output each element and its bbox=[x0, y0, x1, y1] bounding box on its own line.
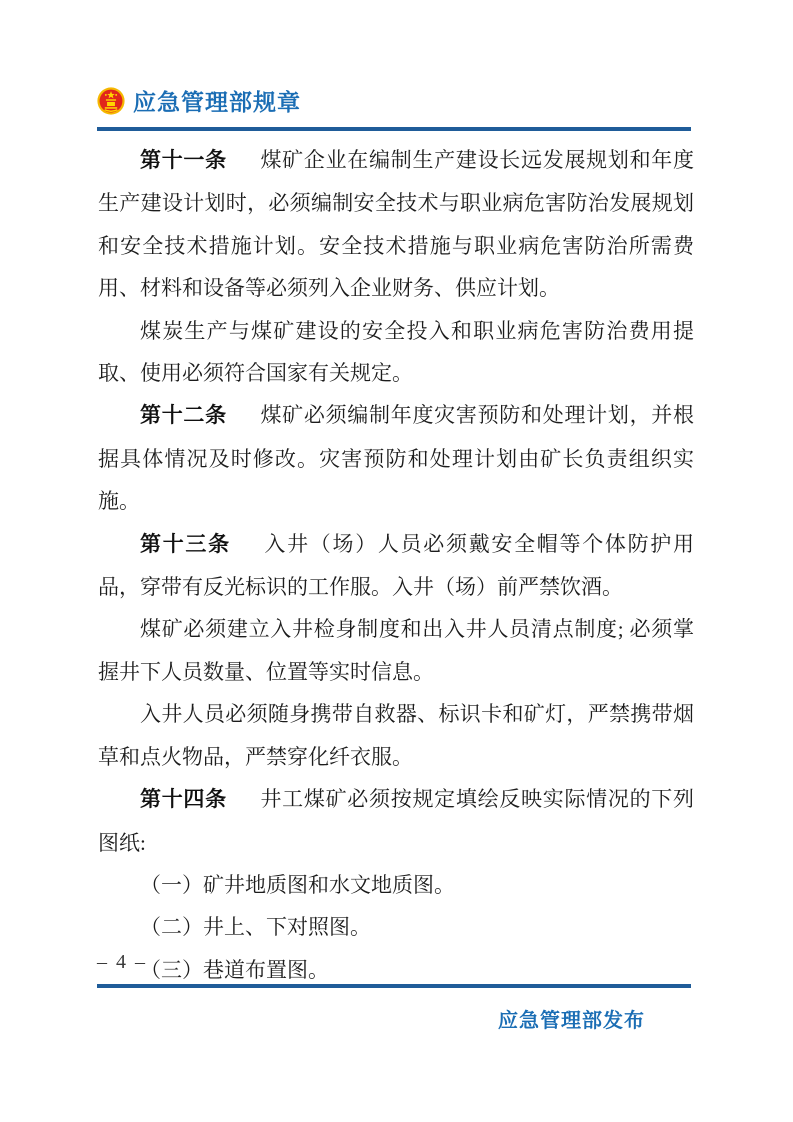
document-body: 第十一条煤矿企业在编制生产建设长远发展规划和年度生产建设计划时，必须编制安全技术… bbox=[98, 139, 694, 991]
article-paragraph: 第十一条煤矿企业在编制生产建设长远发展规划和年度生产建设计划时，必须编制安全技术… bbox=[98, 139, 694, 310]
body-paragraph: 入井人员必须随身携带自救器、标识卡和矿灯，严禁携带烟草和点火物品，严禁穿化纤衣服… bbox=[98, 693, 694, 778]
publisher-label: 应急管理部发布 bbox=[498, 1004, 645, 1033]
document-page: 应急管理部规章 第十一条煤矿企业在编制生产建设长远发展规划和年度生产建设计划时，… bbox=[0, 0, 793, 1122]
page-number: – 4 – bbox=[97, 951, 147, 974]
article-number: 第十一条 bbox=[140, 149, 227, 172]
footer: 应急管理部发布 bbox=[97, 1004, 691, 1033]
article-paragraph: 第十二条煤矿必须编制年度灾害预防和处理计划，并根据具体情况及时修改。灾害预防和处… bbox=[98, 394, 694, 522]
article-paragraph: 第十三条入井（场）人员必须戴安全帽等个体防护用品，穿带有反光标识的工作服。入井（… bbox=[98, 523, 694, 609]
page-header: 应急管理部规章 bbox=[96, 84, 301, 117]
national-emblem-icon bbox=[96, 86, 126, 116]
body-paragraph: 煤矿必须建立入井检身制度和出入井人员清点制度; 必须掌握井下人员数量、位置等实时… bbox=[98, 608, 694, 693]
list-item-paragraph: （一）矿井地质图和水文地质图。 bbox=[98, 864, 694, 906]
article-paragraph: 第十四条井工煤矿必须按规定填绘反映实际情况的下列图纸: bbox=[98, 778, 694, 864]
body-paragraph: 煤炭生产与煤矿建设的安全投入和职业病危害防治费用提取、使用必须符合国家有关规定。 bbox=[98, 310, 694, 395]
header-rule bbox=[97, 127, 691, 131]
article-number: 第十二条 bbox=[140, 404, 227, 427]
page-title: 应急管理部规章 bbox=[133, 84, 301, 117]
list-item-paragraph: （二）井上、下对照图。 bbox=[98, 906, 694, 948]
footer-rule bbox=[97, 984, 691, 988]
article-number: 第十四条 bbox=[140, 788, 227, 811]
article-number: 第十三条 bbox=[140, 533, 231, 556]
